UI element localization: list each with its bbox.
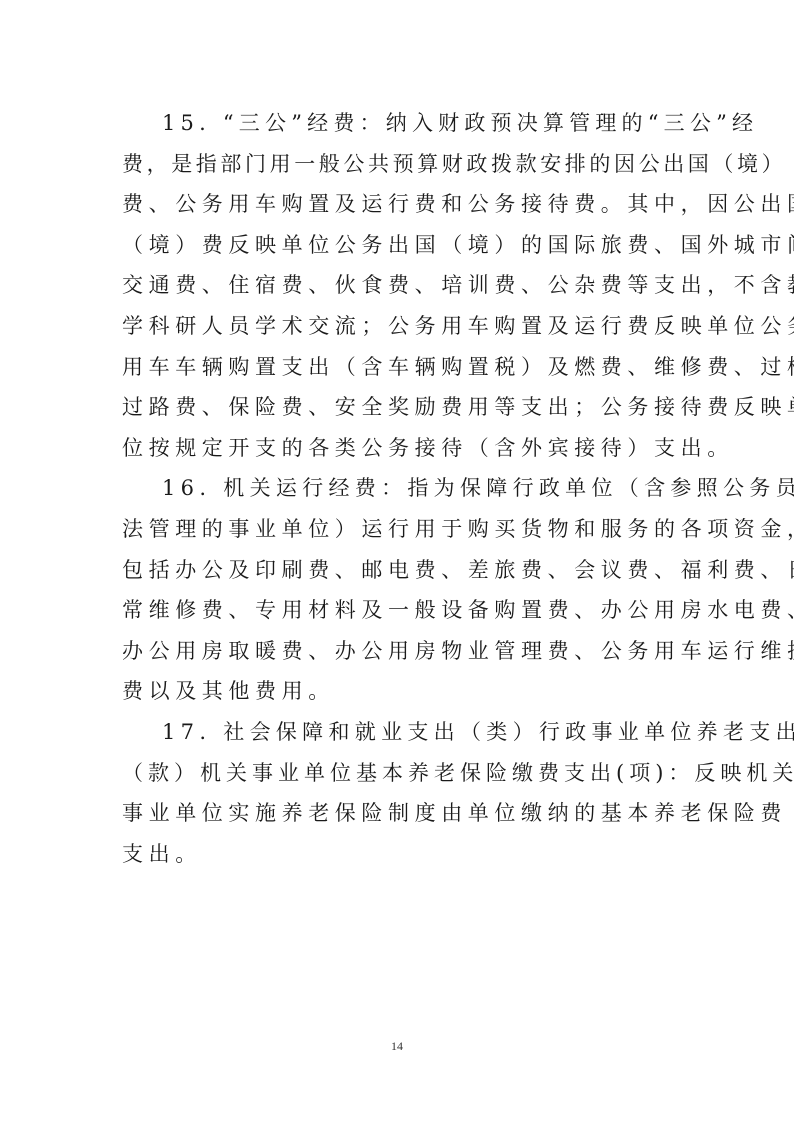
paragraph-line: 学科研人员学术交流；公务用车购置及运行费反映单位公务 [122, 306, 678, 347]
paragraph-line: 位按规定开支的各类公务接待（含外宾接待）支出。 [122, 428, 678, 469]
paragraph-line: 常维修费、专用材料及一般设备购置费、办公用房水电费、 [122, 590, 678, 631]
paragraph-17: 17. 社会保障和就业支出（类）行政事业单位养老支出 （款）机关事业单位基本养老… [122, 712, 678, 874]
paragraph-line: （款）机关事业单位基本养老保险缴费支出(项)：反映机关 [122, 753, 678, 794]
paragraph-line: 费以及其他费用。 [122, 671, 678, 712]
paragraph-line: 交通费、住宿费、伙食费、培训费、公杂费等支出，不含教 [122, 265, 678, 306]
paragraph-line: 法管理的事业单位）运行用于购买货物和服务的各项资金， [122, 509, 678, 550]
document-page: 15. “三公”经费：纳入财政预决算管理的“三公”经 费，是指部门用一般公共预算… [0, 0, 794, 1123]
paragraph-16: 16. 机关运行经费：指为保障行政单位（含参照公务员 法管理的事业单位）运行用于… [122, 468, 678, 712]
paragraph-line: 办公用房取暖费、办公用房物业管理费、公务用车运行维护 [122, 631, 678, 672]
paragraph-line: 16. 机关运行经费：指为保障行政单位（含参照公务员 [122, 468, 678, 509]
paragraph-line: 费、公务用车购置及运行费和公务接待费。其中，因公出国 [122, 184, 678, 225]
paragraph-line: 事业单位实施养老保险制度由单位缴纳的基本养老保险费 [122, 793, 678, 834]
document-body: 15. “三公”经费：纳入财政预决算管理的“三公”经 费，是指部门用一般公共预算… [122, 103, 678, 874]
paragraph-15: 15. “三公”经费：纳入财政预决算管理的“三公”经 费，是指部门用一般公共预算… [122, 103, 678, 468]
paragraph-line: 支出。 [122, 834, 678, 875]
paragraph-line: 包括办公及印刷费、邮电费、差旅费、会议费、福利费、日 [122, 550, 678, 591]
paragraph-line: 用车车辆购置支出（含车辆购置税）及燃费、维修费、过桥 [122, 347, 678, 388]
paragraph-line: 过路费、保险费、安全奖励费用等支出；公务接待费反映单 [122, 387, 678, 428]
paragraph-line: 15. “三公”经费：纳入财政预决算管理的“三公”经 [122, 103, 678, 144]
paragraph-line: 17. 社会保障和就业支出（类）行政事业单位养老支出 [122, 712, 678, 753]
page-number: 14 [0, 1039, 794, 1054]
paragraph-line: 费，是指部门用一般公共预算财政拨款安排的因公出国（境） [122, 144, 678, 185]
paragraph-line: （境）费反映单位公务出国（境）的国际旅费、国外城市间 [122, 225, 678, 266]
